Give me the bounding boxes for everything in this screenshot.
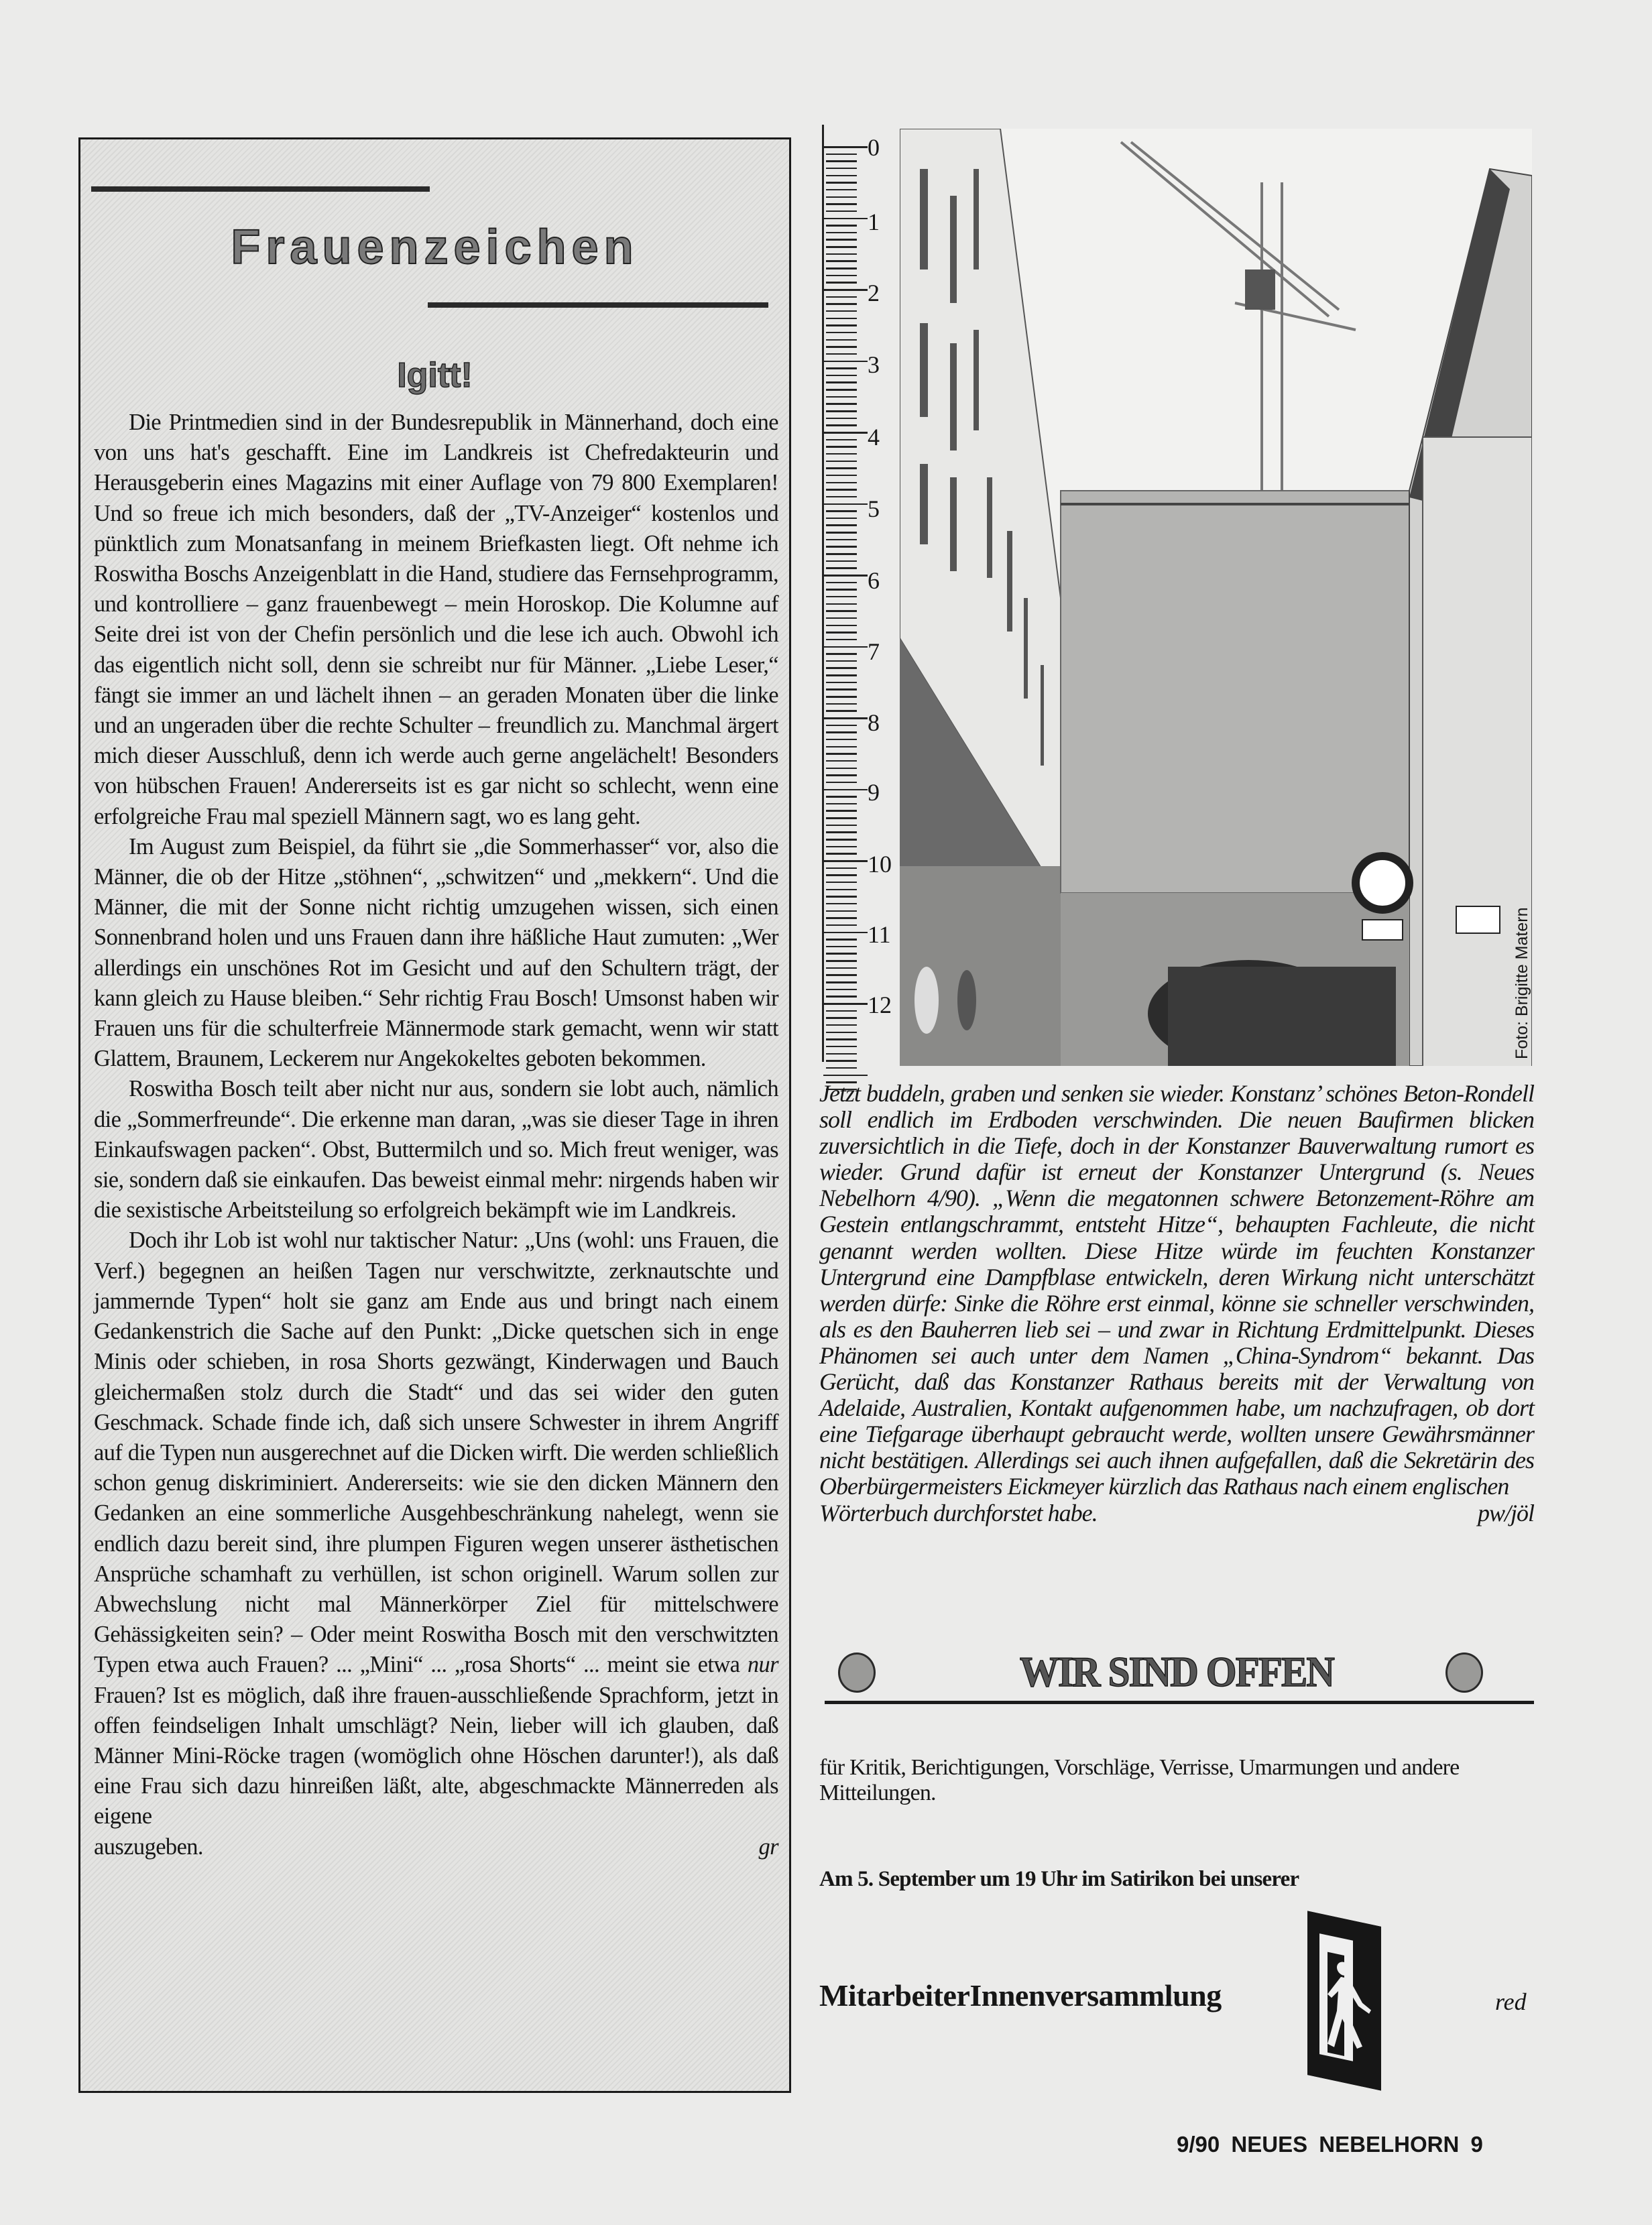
frauenzeichen-column: Frauenzeichen Igitt! Die Printmedien sin… — [78, 137, 791, 2093]
photo-caption: Jetzt buddeln, graben und senken sie wie… — [819, 1081, 1534, 1526]
ruler-tick — [826, 1053, 857, 1055]
ruler-tick — [826, 182, 857, 184]
ruler-tick — [826, 1038, 857, 1040]
ruler-label: 12 — [868, 993, 892, 1017]
ruler-tick — [823, 146, 868, 148]
ruler-tick — [826, 774, 857, 776]
ruler-tick — [826, 582, 857, 584]
ruler-label: 9 — [868, 780, 880, 804]
ruler-tick — [826, 846, 857, 848]
ruler-tick — [826, 532, 857, 534]
caption-last-line: Wörterbuch durchforstet habe. — [819, 1500, 1098, 1526]
ruler-tick — [826, 275, 857, 277]
ruler-spine — [822, 125, 824, 1062]
paragraph: Roswitha Bosch teilt aber nicht nur aus,… — [94, 1074, 778, 1225]
event-announcement: Am 5. September um 19 Uhr im Satirikon b… — [819, 1867, 1299, 1892]
ruler-tick — [826, 253, 857, 255]
ruler-tick — [826, 389, 857, 391]
article-headline: Igitt! — [80, 355, 789, 396]
ruler-tick — [826, 410, 857, 412]
page-number: 9 — [1470, 2132, 1482, 2157]
ruler-tick — [826, 867, 857, 869]
ruler-tick — [826, 489, 857, 491]
paragraph: Im August zum Beispiel, da führt sie „di… — [94, 832, 778, 1075]
column-kicker: Frauenzeichen — [80, 220, 789, 275]
ruler-tick — [823, 575, 868, 577]
ruler-tick — [826, 439, 857, 441]
ruler-tick — [826, 211, 857, 213]
ruler-tick — [826, 825, 857, 827]
notice-banner: WIR SIND OFFEN — [819, 1646, 1534, 1706]
ruler-tick — [826, 296, 857, 298]
ruler-tick — [823, 789, 868, 791]
ruler-tick — [826, 703, 857, 705]
closing-line: auszugeben. gr — [94, 1832, 778, 1862]
ruler-label: 2 — [868, 281, 880, 305]
ruler-tick — [826, 310, 857, 312]
meeting-title: MitarbeiterInnenversammlung — [819, 1978, 1222, 2013]
ruler-tick — [826, 303, 857, 305]
ruler-tick — [826, 889, 857, 891]
ruler-tick — [826, 939, 857, 941]
paragraph-text: Frauen? Ist es möglich, daß ihre frauen-… — [94, 1683, 778, 1829]
ruler-tick — [826, 496, 857, 498]
ruler-tick — [826, 731, 857, 733]
ruler-tick — [826, 1032, 857, 1034]
ruler-tick — [826, 381, 857, 383]
ruler-tick — [826, 710, 857, 712]
publication-name: NEUES NEBELHORN — [1231, 2132, 1459, 2157]
ruler-tick — [826, 375, 857, 377]
photo-illustration — [900, 129, 1532, 1066]
ruler-tick — [826, 768, 857, 770]
ruler-tick — [826, 725, 857, 727]
ruler-label: 10 — [868, 852, 892, 876]
ruler-tick — [826, 367, 857, 369]
ruler-tick — [826, 839, 857, 841]
ruler-tick — [826, 282, 857, 284]
ruler-tick — [826, 353, 857, 355]
ruler-tick — [826, 746, 857, 748]
banner-underline — [825, 1701, 1534, 1704]
issue-number: 9/90 — [1177, 2132, 1220, 2157]
ruler-tick — [826, 225, 857, 227]
ruler-label: 1 — [868, 210, 880, 234]
ruler-tick — [826, 924, 857, 926]
ruler-tick — [826, 960, 857, 962]
ruler-tick — [826, 989, 857, 991]
ruler-tick — [826, 603, 857, 605]
ruler-tick — [826, 461, 857, 463]
ruler-tick — [826, 1010, 857, 1012]
ruler-tick — [826, 418, 857, 420]
ruler-tick — [823, 289, 868, 291]
ruler-tick — [826, 739, 857, 741]
ruler-tick — [826, 610, 857, 612]
ruler-tick — [826, 696, 857, 698]
ruler-tick — [826, 239, 857, 241]
ruler-tick — [826, 332, 857, 334]
ruler-tick — [826, 882, 857, 884]
ruler-label: 8 — [868, 711, 880, 735]
ruler-tick — [826, 189, 857, 191]
ruler-tick — [823, 932, 868, 934]
ruler-tick — [826, 539, 857, 541]
ruler-tick — [826, 796, 857, 798]
ruler-tick — [826, 482, 857, 484]
ruler-tick — [826, 154, 857, 156]
ruler-tick — [826, 260, 857, 262]
ruler-tick — [826, 467, 857, 469]
ruler-tick — [823, 361, 868, 363]
emphasis: nur — [748, 1652, 778, 1677]
ruler-tick — [826, 682, 857, 684]
ruler-tick — [826, 160, 857, 162]
paragraph: Die Printmedien sind in der Bundesrepubl… — [94, 408, 778, 832]
ruler-tick — [826, 946, 857, 948]
ruler-tick — [826, 203, 857, 205]
ruler-tick — [826, 639, 857, 641]
ruler-tick — [826, 1024, 857, 1026]
ruler-tick — [826, 1067, 857, 1069]
closing-text: auszugeben. — [94, 1832, 203, 1862]
decorative-rule — [428, 302, 768, 308]
ruler-tick — [823, 646, 868, 648]
photo-credit: Foto: Brigitte Matern — [1513, 908, 1532, 1059]
ruler-tick — [823, 432, 868, 434]
ruler-tick — [826, 1017, 857, 1019]
ruler-tick — [826, 874, 857, 876]
ruler-tick — [826, 396, 857, 398]
notice-title: WIR SIND OFFEN — [848, 1647, 1506, 1697]
ruler-tick — [826, 246, 857, 248]
ruler-tick — [826, 424, 857, 426]
ruler-tick — [826, 560, 857, 562]
ruler-tick — [826, 1046, 857, 1048]
ruler-tick — [823, 1075, 868, 1077]
ruler-tick — [826, 453, 857, 455]
ruler-tick — [826, 810, 857, 812]
ruler-tick — [826, 903, 857, 905]
notice-body: für Kritik, Berichtigungen, Vorschläge, … — [819, 1755, 1534, 1806]
ruler-tick — [826, 910, 857, 912]
ruler-tick — [826, 753, 857, 755]
ruler-tick — [826, 667, 857, 669]
paragraph: Doch ihr Lob ist wohl nur taktischer Nat… — [94, 1225, 778, 1831]
ruler-tick — [826, 546, 857, 548]
ruler-tick — [826, 196, 857, 198]
ruler-label: 11 — [868, 922, 891, 947]
ruler-tick — [826, 782, 857, 784]
ruler-tick — [826, 168, 857, 170]
ruler-tick — [826, 1060, 857, 1062]
ruler-tick — [826, 403, 857, 405]
caption-text: Jetzt buddeln, graben und senken sie wie… — [819, 1080, 1534, 1500]
paragraph-text: Doch ihr Lob ist wohl nur taktischer Nat… — [94, 1227, 778, 1677]
ruler-tick — [826, 760, 857, 762]
ruler-tick — [826, 318, 857, 320]
ruler-tick — [826, 518, 857, 520]
ruler-tick — [826, 267, 857, 269]
ruler-tick — [826, 853, 857, 855]
ruler-tick — [823, 860, 868, 862]
ruler-tick — [826, 953, 857, 955]
ruler-tick — [826, 175, 857, 177]
ruler-tick — [826, 510, 857, 512]
ruler-tick — [826, 967, 857, 969]
ruler-tick — [826, 803, 857, 805]
ruler-tick — [826, 596, 857, 598]
notice-signature: red — [1495, 1988, 1527, 2016]
ruler-tick — [826, 974, 857, 976]
page-footer: 9/90 NEUES NEBELHORN 9 — [1177, 2132, 1483, 2157]
ruler-label: 4 — [868, 425, 880, 449]
author-signature: gr — [759, 1832, 778, 1862]
ruler-tick — [826, 831, 857, 833]
ruler-tick — [826, 475, 857, 477]
ruler-tick — [826, 688, 857, 690]
measurement-ruler: 0 1 2 3 4 5 6 7 8 9 10 11 12 — [819, 125, 900, 1063]
ruler-tick — [826, 632, 857, 634]
caption-closing: Wörterbuch durchforstet habe. pw/jöl — [819, 1500, 1534, 1526]
ruler-tick — [826, 625, 857, 627]
ruler-tick — [823, 717, 868, 719]
ruler-tick — [826, 817, 857, 819]
ruler-tick — [826, 617, 857, 619]
ruler-label: 6 — [868, 568, 880, 593]
ruler-label: 7 — [868, 640, 880, 664]
ruler-tick — [826, 324, 857, 326]
ruler-label: 5 — [868, 497, 880, 521]
caption-signature: pw/jöl — [1478, 1500, 1534, 1526]
ruler-tick — [826, 567, 857, 569]
ruler-tick — [826, 346, 857, 348]
ruler-tick — [826, 446, 857, 448]
ruler-tick — [826, 524, 857, 526]
ruler-tick — [826, 553, 857, 555]
decorative-rule — [91, 186, 430, 192]
bullet-dot-icon — [1445, 1652, 1483, 1693]
construction-site-photo — [900, 129, 1532, 1066]
ruler-tick — [823, 1003, 868, 1005]
ruler-tick — [826, 589, 857, 591]
ruler-tick — [826, 996, 857, 998]
ruler-tick — [823, 503, 868, 505]
emergency-exit-icon — [1307, 1911, 1381, 2090]
ruler-tick — [826, 674, 857, 676]
ruler-tick — [826, 917, 857, 919]
ruler-tick — [826, 660, 857, 662]
article-body: Die Printmedien sind in der Bundesrepubl… — [94, 408, 778, 1862]
ruler-label: 3 — [868, 353, 880, 377]
ruler-tick — [826, 339, 857, 341]
ruler-tick — [826, 981, 857, 983]
ruler-tick — [826, 896, 857, 898]
ruler-label: 0 — [868, 135, 880, 160]
ruler-tick — [823, 218, 868, 220]
ruler-tick — [826, 653, 857, 655]
ruler-tick — [826, 232, 857, 234]
